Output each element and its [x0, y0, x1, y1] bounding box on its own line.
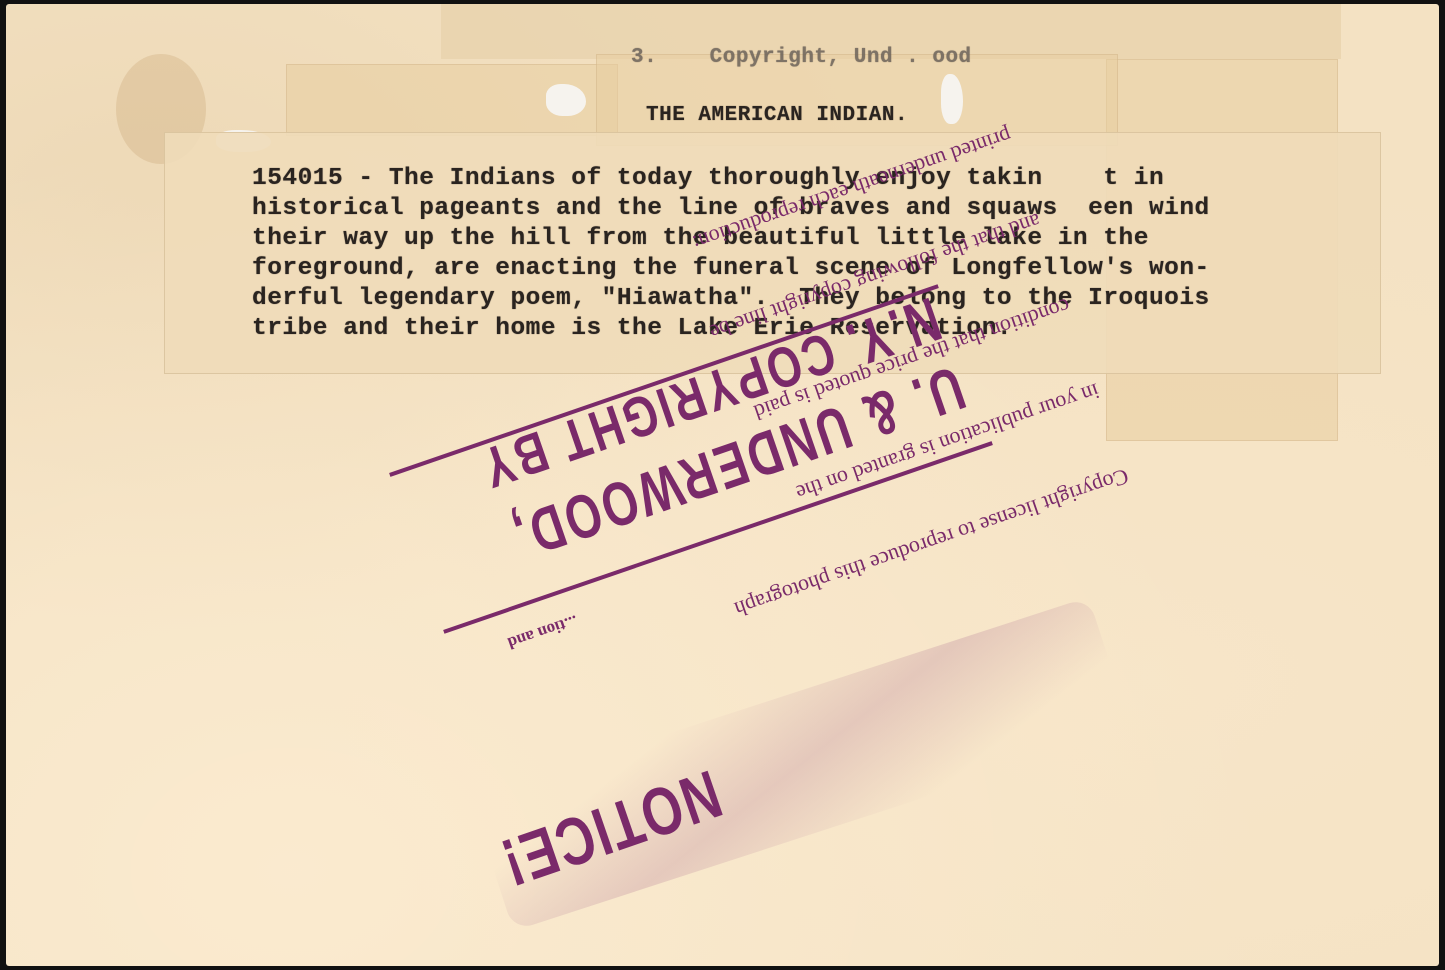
- copyright-header: 3. Copyright, Und . ood: [631, 46, 972, 69]
- paper-tear: [546, 84, 586, 116]
- photo-card-back: 3. Copyright, Und . ood THE AMERICAN IND…: [6, 4, 1439, 966]
